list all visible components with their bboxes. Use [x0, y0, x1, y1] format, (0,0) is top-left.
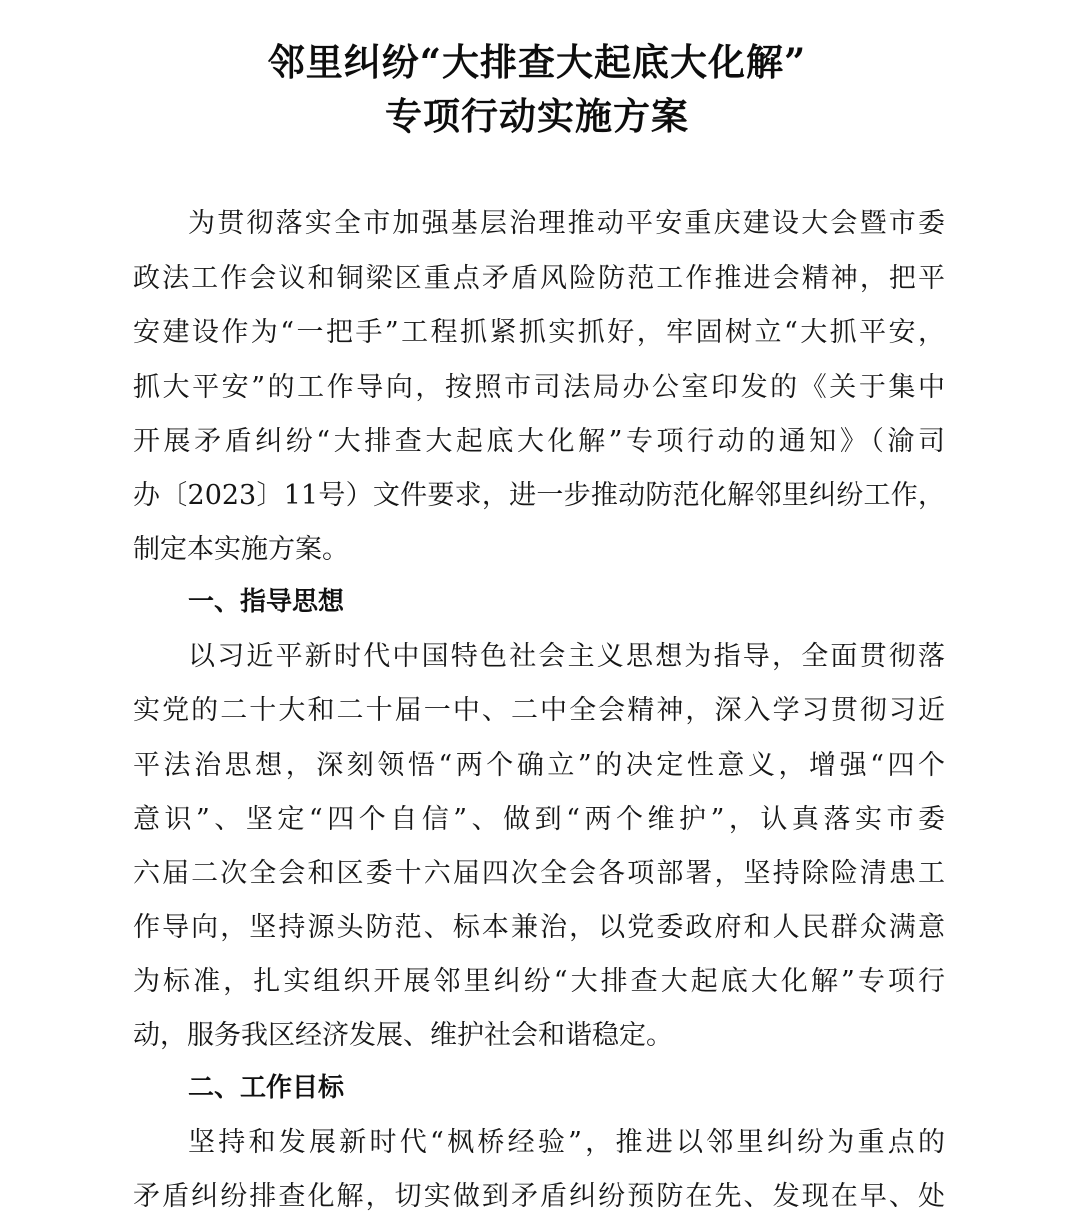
- intro-paragraph-line: 制定本实施方案。: [133, 533, 945, 567]
- section2-paragraph-line: 矛盾纠纷排查化解，切实做到矛盾纠纷预防在先、发现在早、处: [133, 1180, 945, 1214]
- section1-paragraph-line: 以习近平新时代中国特色社会主义思想为指导，全面贯彻落: [188, 640, 945, 674]
- section1-paragraph-line: 作导向，坚持源头防范、标本兼治，以党委政府和人民群众满意: [133, 911, 945, 945]
- section1-paragraph-line: 动，服务我区经济发展、维护社会和谐稳定。: [133, 1019, 945, 1053]
- intro-paragraph-line: 安建设作为“一把手”工程抓紧抓实抓好，牢固树立“大抓平安，: [133, 316, 945, 350]
- section-heading-work-goals: 二、工作目标: [188, 1071, 344, 1105]
- section1-paragraph-line: 为标准，扎实组织开展邻里纠纷“大排查大起底大化解”专项行: [133, 965, 945, 999]
- section-heading-guiding-ideology: 一、指导思想: [188, 585, 344, 619]
- section2-paragraph-line: 坚持和发展新时代“枫桥经验”，推进以邻里纠纷为重点的: [188, 1126, 945, 1160]
- section1-paragraph-line: 意识”、坚定“四个自信”、做到“两个维护”，认真落实市委: [133, 803, 945, 837]
- intro-paragraph-line: 政法工作会议和铜梁区重点矛盾风险防范工作推进会精神，把平: [133, 262, 945, 296]
- intro-paragraph-line: 开展矛盾纠纷“大排查大起底大化解”专项行动的通知》（渝司: [133, 425, 945, 459]
- section1-paragraph-line: 平法治思想，深刻领悟“两个确立”的决定性意义，增强“四个: [133, 749, 945, 783]
- intro-paragraph-line: 为贯彻落实全市加强基层治理推动平安重庆建设大会暨市委: [188, 207, 945, 241]
- intro-paragraph-line: 办〔2023〕11号）文件要求，进一步推动防范化解邻里纠纷工作，: [133, 479, 945, 513]
- section1-paragraph-line: 六届二次全会和区委十六届四次全会各项部署，坚持除险清患工: [133, 857, 945, 891]
- section1-paragraph-line: 实党的二十大和二十届一中、二中全会精神，深入学习贯彻习近: [133, 694, 945, 728]
- document-title-line-1: 邻里纠纷“大排查大起底大化解”: [0, 40, 1074, 84]
- intro-paragraph-line: 抓大平安”的工作导向，按照市司法局办公室印发的《关于集中: [133, 371, 945, 405]
- document-page: 邻里纠纷“大排查大起底大化解” 专项行动实施方案 为贯彻落实全市加强基层治理推动…: [0, 0, 1074, 1220]
- document-title-line-2: 专项行动实施方案: [0, 94, 1074, 138]
